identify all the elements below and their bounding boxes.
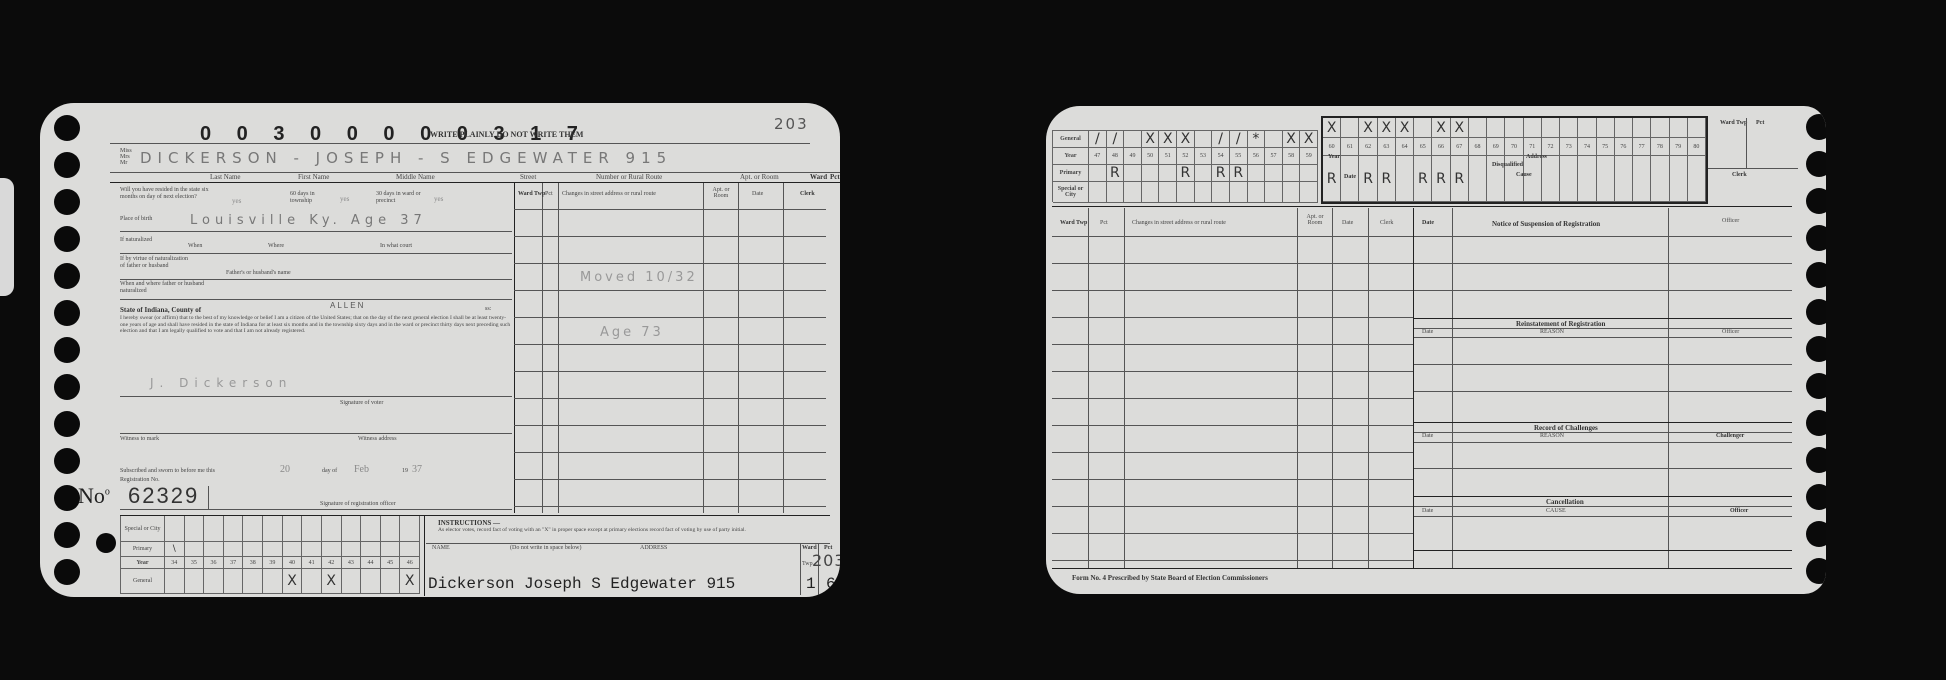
state-county-label: State of Indiana, County of — [120, 306, 201, 314]
naturalized-label: If naturalized — [120, 237, 152, 243]
county-value: ALLEN — [330, 301, 365, 310]
name-label: NAME — [432, 545, 450, 551]
back-col-clerk: Clerk — [1380, 220, 1393, 226]
prefix-labels: Miss Mrs Mr — [120, 148, 132, 166]
when-label: When — [188, 243, 202, 249]
punch-hole — [54, 448, 80, 474]
front-col-apt: Apt. or Room — [706, 187, 736, 199]
back-col-changes: Changes in street address or rural route — [1132, 220, 1226, 226]
front-vote-grid: Special or City Primary \ Year 34 35 36 … — [120, 516, 420, 594]
label-apt: Apt. or Room — [740, 173, 779, 181]
registration-number: 62329 — [128, 483, 199, 509]
q-ward-answer: yes — [434, 195, 443, 203]
voter-signature: J. Dickerson — [150, 376, 292, 390]
back-col-pct: Pct — [1100, 220, 1108, 226]
form-footer: Form No. 4 Prescribed by State Board of … — [1072, 574, 1268, 582]
ss-label: ss: — [485, 306, 491, 312]
place-of-birth-value: Louisville Ky. Age 37 — [190, 213, 427, 228]
punch-hole — [1806, 373, 1826, 399]
label-pct: Pct — [1756, 120, 1764, 126]
subscribed-month: Feb — [354, 464, 369, 475]
number-symbol: Noo — [78, 483, 110, 509]
label-disqualified: Disqualified — [1492, 162, 1523, 168]
punch-hole — [1806, 151, 1826, 177]
punch-hole — [1806, 188, 1826, 214]
reinstatement-col-date: Date — [1422, 329, 1433, 335]
challenges-col-challenger: Challenger — [1716, 433, 1744, 439]
punch-hole — [54, 337, 80, 363]
front-col-clerk: Clerk — [800, 191, 815, 197]
twp-label: Twp — [802, 561, 813, 567]
q-state-answer: yes — [232, 197, 241, 205]
punch-hole — [54, 115, 80, 141]
year-value: 37 — [412, 464, 422, 475]
witness-mark-label: Witness to mark — [120, 436, 159, 442]
signature-voter-label: Signature of voter — [340, 400, 383, 406]
day-of-label: day of — [322, 468, 337, 474]
subscribed-day: 20 — [280, 464, 290, 475]
q-ward: 30 days in ward or precinct — [376, 191, 431, 205]
punch-hole — [54, 226, 80, 252]
q-township-answer: yes — [340, 195, 349, 203]
handwritten-ward: 203 — [812, 551, 840, 570]
court-label: In what court — [380, 243, 412, 249]
suspension-title: Notice of Suspension of Registration — [1492, 220, 1600, 228]
cancellation-col-cause: CAUSE — [1546, 508, 1566, 514]
corner-note: 203 — [774, 115, 809, 133]
adjacent-card-edge — [0, 178, 14, 296]
label-last-name: Last Name — [210, 173, 241, 181]
punch-hole — [54, 300, 80, 326]
back-col-ward-twp: Ward Twp — [1060, 220, 1087, 227]
front-col-date: Date — [752, 191, 763, 197]
place-of-birth-label: Place of birth — [120, 216, 152, 222]
label-first-name: First Name — [298, 173, 329, 181]
registration-card-back: General //XXX//*XX Year 47 48 49 50 51 5… — [1046, 106, 1826, 594]
typed-pct: 6 — [826, 575, 836, 593]
punch-hole — [54, 411, 80, 437]
punch-hole — [1806, 447, 1826, 473]
witness-address-label: Witness address — [358, 436, 397, 442]
punch-hole — [1806, 299, 1826, 325]
punch-hole — [54, 522, 80, 548]
header-instruction: WRITE PLAINLY DO NOT WRITE THEM — [430, 130, 583, 139]
punch-hole — [54, 263, 80, 289]
front-change-note: Age 73 — [600, 325, 664, 340]
label-date: Date — [1344, 174, 1356, 180]
subscribed-text: Subscribed and sworn to before me this — [120, 468, 215, 474]
father-naturalization-label: If by virtue of naturalization of father… — [120, 256, 190, 270]
punch-hole — [54, 152, 80, 178]
label-street: Street — [520, 173, 536, 181]
punch-hole — [1806, 225, 1826, 251]
punch-hole — [1806, 521, 1826, 547]
label-clerk: Clerk — [1732, 172, 1747, 178]
do-not-write-label: (Do not write in space below) — [510, 545, 581, 551]
front-col-changes: Changes in street address or rural route — [562, 191, 656, 197]
oath-text: I hereby swear (or affirm) that to the b… — [120, 315, 512, 335]
father-name-label: Father's or husband's name — [226, 270, 291, 276]
q-state-residence: Will you have resided in the state six m… — [120, 187, 210, 201]
front-col-ward-twp: Ward Twp — [518, 191, 545, 198]
punch-hole — [1806, 558, 1826, 584]
back-col-date: Date — [1342, 220, 1353, 226]
reinstatement-col-officer: Officer — [1722, 329, 1739, 335]
punch-hole — [1806, 410, 1826, 436]
q-township: 60 days in township — [290, 191, 335, 205]
instructions-title: INSTRUCTIONS — — [438, 519, 500, 527]
address-label: ADDRESS — [640, 545, 667, 551]
reinstatement-col-reason: REASON — [1540, 329, 1564, 335]
punch-hole — [1806, 114, 1826, 140]
punch-hole — [54, 559, 80, 585]
label-ward-twp: Ward Twp — [1720, 120, 1747, 126]
front-change-note: Moved 10/32 — [580, 270, 698, 285]
punch-hole — [54, 189, 80, 215]
label-ward: Ward — [810, 173, 827, 181]
suspension-col-officer: Officer — [1722, 218, 1739, 224]
label-number: Number or Rural Route — [596, 173, 662, 181]
typed-ward: 1 — [806, 575, 816, 593]
punch-hole — [1806, 262, 1826, 288]
instructions-text: As elector votes, record fact of voting … — [438, 527, 838, 534]
punch-hole — [1806, 484, 1826, 510]
cancellation-col-officer: Officer — [1730, 508, 1748, 514]
suspension-col-date: Date — [1422, 220, 1434, 226]
signature-officer-label: Signature of registration officer — [320, 501, 396, 507]
where-label: Where — [268, 243, 284, 249]
punch-hole-small — [96, 533, 116, 553]
punch-hole — [1806, 336, 1826, 362]
label-pct: Pct — [830, 173, 840, 181]
punch-hole — [54, 374, 80, 400]
when-where-father-label: When and where father or husband natural… — [120, 281, 210, 295]
name-handwritten: DICKERSON - JOSEPH - S EDGEWATER 915 — [140, 149, 672, 167]
front-col-pct: Pct — [545, 191, 553, 197]
challenges-col-reason: REASON — [1540, 433, 1564, 439]
typed-name-address: Dickerson Joseph S Edgewater 915 — [428, 575, 735, 593]
reinstatement-title: Reinstatement of Registration — [1516, 320, 1605, 328]
label-year: Year — [1328, 154, 1340, 160]
back-vote-grid-left: General //XXX//*XX Year 47 48 49 50 51 5… — [1052, 130, 1318, 202]
challenges-title: Record of Challenges — [1534, 424, 1598, 432]
registration-card-front: 0 0 3 0 0 0 0 0 3 1 7 WRITE PLAINLY DO N… — [40, 103, 840, 597]
label-address: Address — [1526, 154, 1547, 160]
punch-hole — [54, 485, 80, 511]
year-prefix: 19 — [402, 468, 408, 474]
cancellation-title: Cancellation — [1546, 498, 1584, 506]
label-middle-name: Middle Name — [396, 173, 435, 181]
back-col-apt: Apt. or Room — [1300, 214, 1330, 226]
cancellation-col-date: Date — [1422, 508, 1433, 514]
label-cause: Cause — [1516, 172, 1532, 178]
challenges-col-date: Date — [1422, 433, 1433, 439]
